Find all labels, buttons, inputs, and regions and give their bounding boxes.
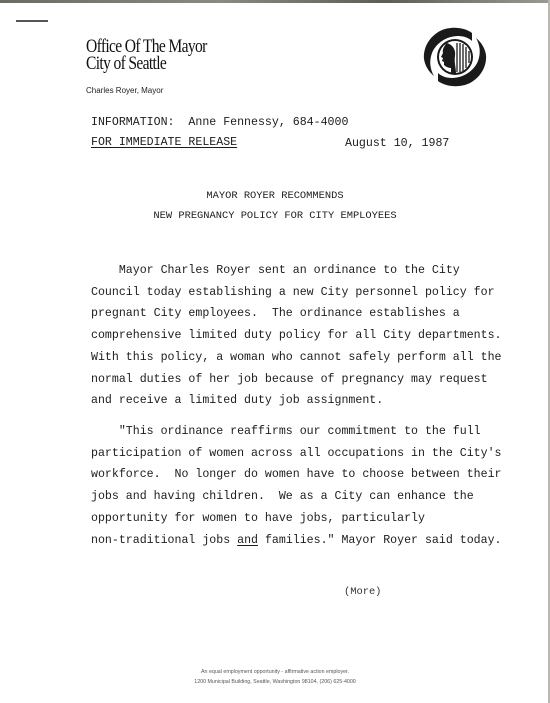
body-line: and receive a limited duty job assignmen… [91, 390, 511, 412]
body-line: With this policy, a woman who cannot saf… [91, 347, 511, 369]
quote-text: non-traditional jobs [91, 534, 237, 547]
body-paragraph-2: "This ordinance reaffirms our commitment… [91, 421, 511, 551]
letterhead: Office Of The Mayor City of Seattle Char… [86, 38, 233, 95]
headline-line1: MAYOR ROYER RECOMMENDS [0, 190, 550, 202]
footer-eeo-statement: An equal employment opportunity - affirm… [0, 667, 550, 677]
headline-line2: NEW PREGNANCY POLICY FOR CITY EMPLOYEES [0, 210, 550, 222]
body-line: workforce. No longer do women have to ch… [91, 464, 511, 486]
mayor-name: Charles Royer, Mayor [86, 86, 233, 95]
body-line: pregnant City employees. The ordinance e… [91, 303, 511, 325]
scan-top-edge [0, 0, 550, 3]
scan-mark [16, 20, 48, 22]
footer: An equal employment opportunity - affirm… [0, 667, 550, 687]
quote-attribution: families." Mayor Royer said today. [258, 534, 502, 547]
body-line: Mayor Charles Royer sent an ordinance to… [91, 260, 511, 282]
emphasized-word: and [237, 534, 258, 547]
body-line: opportunity for women to have jobs, part… [91, 508, 511, 530]
city-of-seattle-seal-icon [420, 24, 490, 90]
body-line: normal duties of her job because of preg… [91, 369, 511, 391]
body-paragraph-1: Mayor Charles Royer sent an ordinance to… [91, 260, 511, 412]
footer-address: 1200 Municipal Building, Seattle, Washin… [0, 677, 550, 687]
office-title-line2: City of Seattle [86, 55, 207, 72]
release-date: August 10, 1987 [345, 137, 449, 150]
body-line: Council today establishing a new City pe… [91, 282, 511, 304]
body-line: participation of women across all occupa… [91, 443, 511, 465]
body-line: comprehensive limited duty policy for al… [91, 325, 511, 347]
body-line: jobs and having children. We as a City c… [91, 486, 511, 508]
information-contact: INFORMATION: Anne Fennessy, 684-4000 [91, 116, 348, 129]
continuation-marker: (More) [344, 586, 381, 598]
release-status: FOR IMMEDIATE RELEASE [91, 136, 237, 149]
body-line-last: non-traditional jobs and families." Mayo… [91, 530, 511, 552]
body-line: "This ordinance reaffirms our commitment… [91, 421, 511, 443]
